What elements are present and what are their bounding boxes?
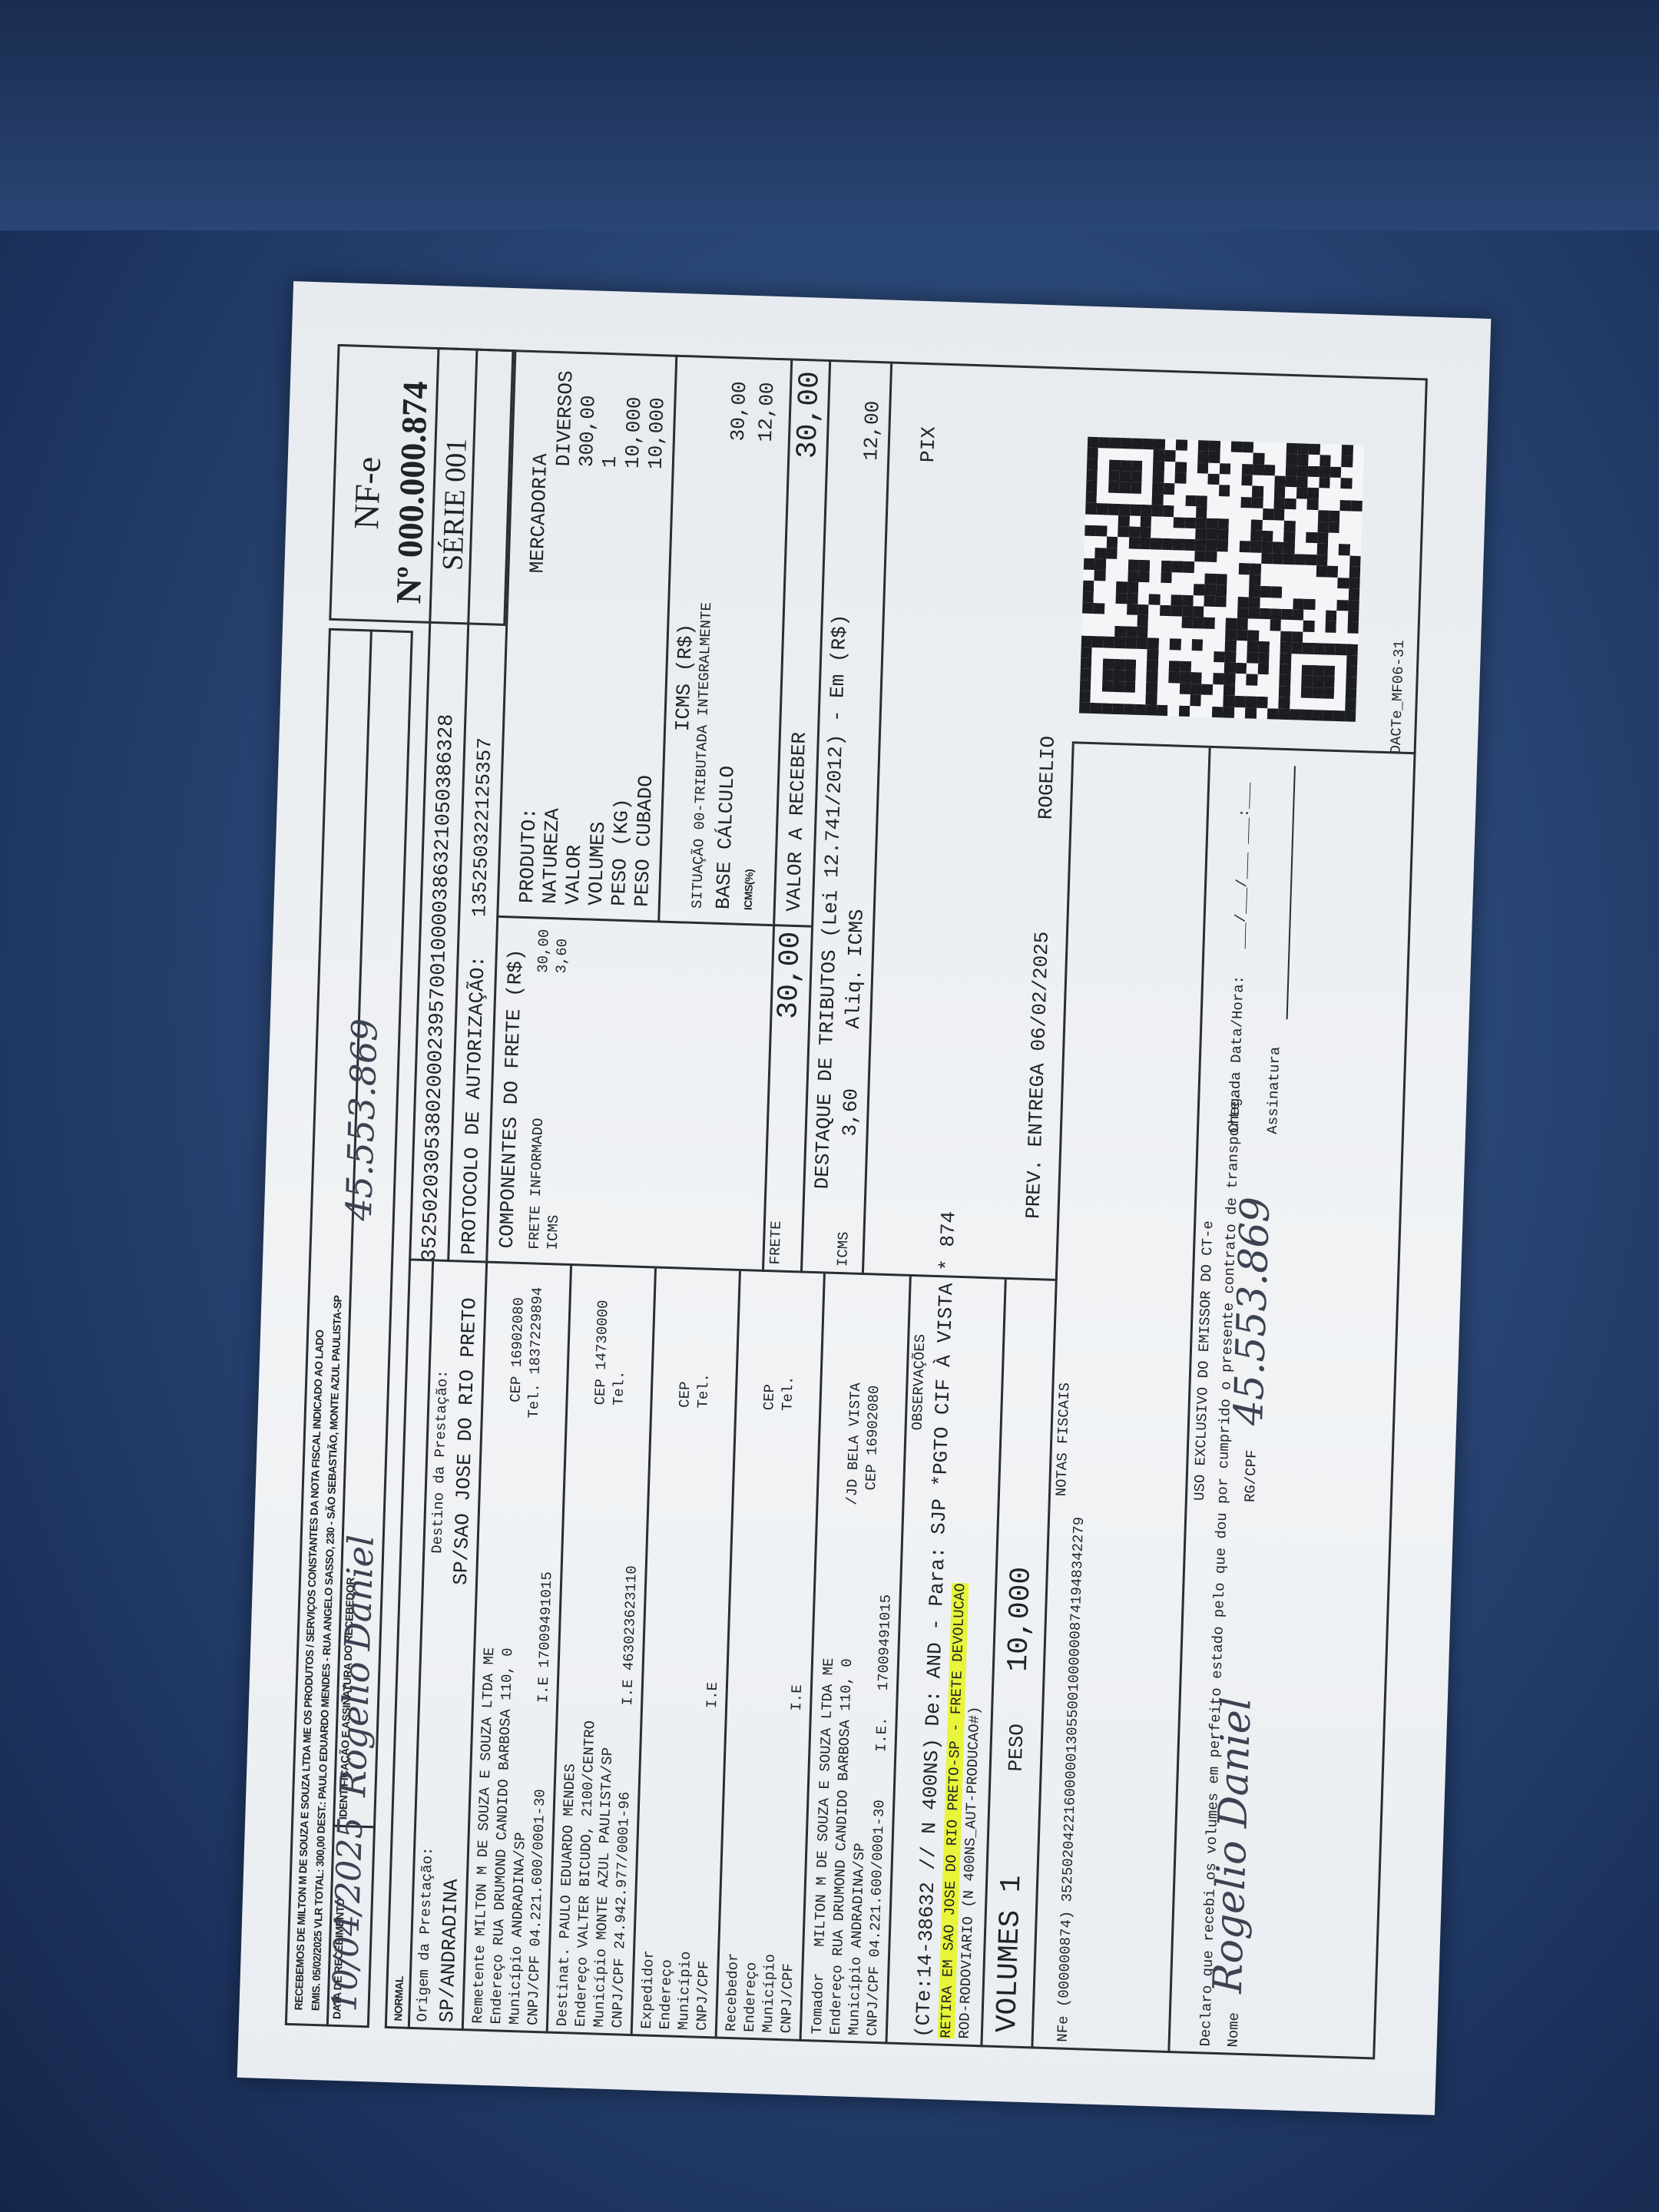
produto-label: VOLUMES: [586, 821, 608, 906]
tomador-ie-label: I.E.: [873, 1717, 890, 1752]
icms-aliq-value: 12,00: [756, 382, 777, 442]
pix-label: PIX: [918, 426, 939, 463]
peso-label: PESO: [1006, 1724, 1028, 1772]
remetente-tel-label: Tel.: [525, 1383, 543, 1419]
tomador-ie: 17009491015: [875, 1594, 895, 1691]
icms-title: ICMS (R$): [673, 624, 696, 732]
recebedor-city-label: Município: [761, 1954, 778, 2033]
nome-signature: Rogelio Daniel: [1208, 1697, 1257, 1994]
destinatario-label: Destinat.: [554, 1947, 573, 2026]
remetente-address-label: Endereço: [488, 1954, 507, 2025]
nome-label: Nome: [1227, 2012, 1242, 2048]
componente-label: ICMS: [546, 1214, 561, 1250]
stub-id-number: 45.553.869: [341, 1018, 382, 1221]
produto-value: 300,00: [577, 395, 599, 467]
tributos-icms-label: ICMS: [836, 1231, 851, 1267]
rgcpf-label: RG/CPF: [1243, 1449, 1260, 1502]
expedidor-address-label: Endereço: [658, 1959, 675, 2030]
destinatario-address-label: Endereço: [572, 1956, 591, 2027]
remetente-city: ANDRADINA/SP: [509, 1832, 529, 1937]
componente-value: 3,60: [555, 939, 570, 974]
produto-value: 1: [600, 455, 620, 468]
produto-label: VALOR: [563, 845, 584, 906]
tomador-address-label: Endereço: [827, 1965, 846, 2035]
route-type: NORMAL: [392, 1976, 405, 2022]
remetente-city-label: Município: [506, 1945, 525, 2025]
destinatario-ie: 463023623110: [621, 1565, 641, 1671]
valor-receber-value: 30,00: [793, 371, 826, 459]
prev-entrega-date: 06/02/2025: [1027, 931, 1054, 1051]
recebedor-doc-label: CNPJ/CPF: [780, 1963, 796, 2034]
destinatario-ie-label: I.E: [619, 1679, 637, 1706]
remetente-tel: 1837229894: [527, 1286, 547, 1375]
nfe-type: NF-e: [349, 456, 386, 530]
remetente-ie-label: I.E: [535, 1677, 552, 1704]
tomador-label: Tomador: [809, 1972, 827, 2034]
produto-value: MERCADORIA: [527, 453, 551, 574]
produto-label: NATUREZA: [540, 808, 563, 905]
remetente-label: Remetente: [469, 1945, 488, 2024]
produto-value: 10,000: [646, 397, 668, 469]
componente-label: FRETE INFORMADO: [528, 1118, 546, 1250]
background-top: [0, 0, 1659, 230]
componente-value: 30,00: [536, 929, 552, 973]
frete-value: 30,00: [774, 931, 806, 1019]
destinatario-cep-label: CEP: [591, 1379, 609, 1406]
tomador-city-label: Município: [846, 1956, 865, 2035]
destinatario-tel-label: Tel.: [611, 1370, 627, 1406]
tomador-city: ANDRADINA/SP: [848, 1843, 868, 1948]
form-code: DACTe_MF06-31: [1389, 640, 1408, 754]
icms-aliq-label: ICMS(%): [743, 869, 755, 911]
expedidor-tel-label: Tel.: [696, 1373, 711, 1409]
icms-base-value: 30,00: [728, 381, 750, 442]
stub-signature: Rogelio Daniel: [335, 1535, 379, 1798]
valor-receber-label: VALOR A RECEBER: [784, 732, 810, 912]
produto-label: PRODUTO:: [517, 807, 540, 904]
expedidor-doc-label: CNPJ/CPF: [695, 1960, 712, 2031]
observations-title: OBSERVAÇÕES: [911, 1334, 929, 1431]
dacte-document: RECEBEMOS DE MILTON M DE SOUZA E SOUZA L…: [237, 281, 1492, 2115]
destinatario-city-label: Município: [591, 1949, 610, 2028]
expedidor-cep-label: CEP: [677, 1381, 693, 1408]
assinatura-label: Assinatura: [1266, 1046, 1283, 1134]
expedidor-city-label: Município: [677, 1951, 694, 2030]
destinatario-doc-label: CNPJ/CPF: [609, 1958, 628, 2028]
remetente-cep-label: CEP: [507, 1376, 525, 1402]
recebedor-label: Recebedor: [724, 1952, 741, 2032]
produto-label: PESO (KG): [609, 798, 632, 906]
driver-name: ROGELIO: [1036, 736, 1058, 820]
recebedor-ie-label: I.E: [790, 1684, 805, 1711]
tomador-cep: 16902080: [863, 1385, 882, 1455]
pix-qr-code[interactable]: [1079, 437, 1364, 722]
prev-entrega-label: PREV. ENTREGA: [1022, 1063, 1049, 1220]
recebedor-tel-label: Tel.: [780, 1376, 796, 1411]
tomador-cep-label: CEP: [863, 1464, 880, 1491]
recebedor-cep-label: CEP: [762, 1384, 777, 1411]
produto-value: DIVERSOS: [554, 370, 577, 467]
destinatario-cep: 14730000: [593, 1300, 612, 1370]
nfe-number: Nº 000.000.874: [391, 381, 433, 604]
remetente-ie: 17009491015: [536, 1571, 556, 1668]
tomador-doc-label: CNPJ/CPF: [864, 1965, 883, 2036]
volumes-label: VOLUMES: [991, 1909, 1028, 2033]
expedidor-ie-label: I.E: [705, 1682, 720, 1709]
peso-value: 10,000: [1005, 1566, 1037, 1672]
volumes-value: 1: [995, 1875, 1029, 1893]
produto-value: 10,000: [623, 396, 645, 469]
tributos-icms-value: 3,60: [840, 1088, 862, 1137]
expedidor-label: Expedidor: [640, 1950, 657, 2029]
tributos-aliq-label: Aliq. ICMS: [843, 909, 867, 1029]
icms-base-label: BASE CÁLCULO: [714, 766, 738, 910]
notas-fiscais-title: NOTAS FISCAIS: [1055, 1382, 1073, 1497]
recebedor-address-label: Endereço: [743, 1962, 760, 2032]
remetente-doc-label: CNPJ/CPF: [525, 1955, 544, 2025]
origin-value: SP/ANDRADINA: [437, 1879, 462, 2023]
protocol-number: 135250322125357: [469, 737, 495, 918]
tributos-aliq-value: 12,00: [861, 400, 882, 461]
stub-received-date: 10/04/2025: [328, 1816, 368, 2012]
remetente-cep: 16902080: [508, 1297, 528, 1368]
tomador-district: /JD BELA VISTA: [845, 1382, 863, 1505]
rgcpf-handwritten: 45.553.869: [1229, 1196, 1276, 1426]
produto-label: PESO CUBADO: [632, 775, 656, 907]
frete-label: FRETE: [768, 1220, 784, 1265]
